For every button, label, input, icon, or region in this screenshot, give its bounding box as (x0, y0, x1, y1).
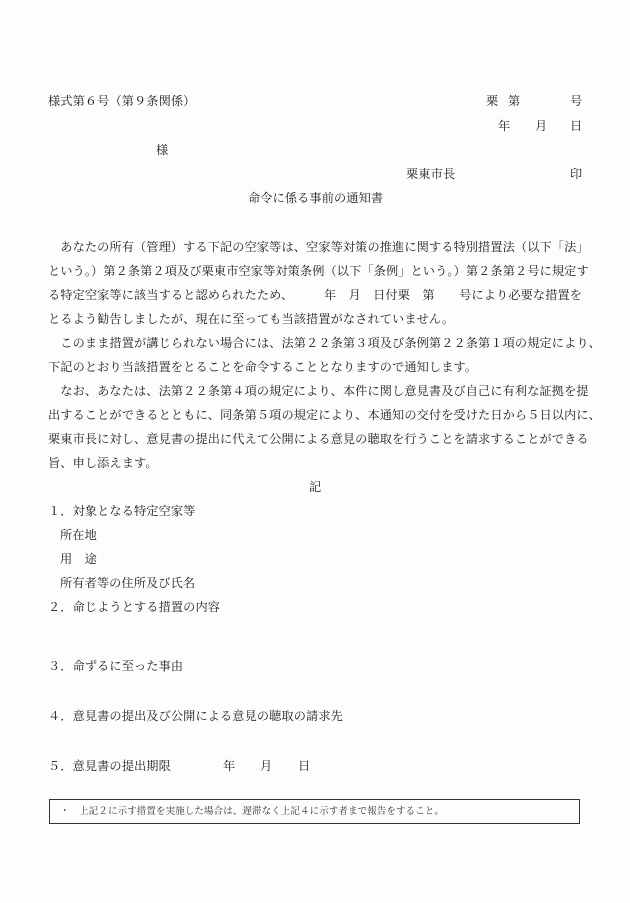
body-line: なお、あなたは、法第２２条第４項の規定により、本件に関し意見書及び自己に有利な証… (48, 383, 589, 399)
doc-number-go: 号 (570, 93, 582, 109)
item-2: ２．命じようとする措置の内容 (48, 599, 220, 615)
item-1-location: 所在地 (60, 527, 97, 543)
doc-number-prefix: 栗 (486, 93, 498, 109)
item-5: ５．意見書の提出期限 (48, 758, 171, 774)
body-line: 下記のとおり当該措置をとることを命令することとなりますので通知します。 (48, 359, 477, 375)
deadline-month: 月 (260, 758, 272, 774)
item-1-owner: 所有者等の住所及び氏名 (60, 575, 195, 591)
date-day: 日 (570, 118, 582, 134)
body-line: 出することができるとともに、同条第５項の規定により、本通知の交付を受けた日から５… (48, 407, 601, 423)
doc-number-dai: 第 (508, 93, 520, 109)
body-line: とるよう勧告しましたが、現在に至っても当該措置がなされていません。 (48, 311, 454, 327)
item-4: ４．意見書の提出及び公開による意見の聴取の請求先 (48, 708, 343, 724)
body-line: る特定空家等に該当すると認められたため、 年 月 日付栗 第 号により必要な措置… (48, 287, 582, 303)
addressee-suffix: 様 (156, 142, 168, 158)
deadline-year: 年 (223, 758, 235, 774)
body-line: 旨、申し添えます。 (48, 455, 158, 471)
date-month: 月 (535, 118, 547, 134)
ki-heading: 記 (309, 479, 321, 495)
item-1: １．対象となる特定空家等 (48, 503, 195, 519)
body-line: 栗東市長に対し、意見書の提出に代えて公開による意見の聴取を行うことを請求すること… (48, 431, 589, 447)
deadline-day: 日 (298, 758, 310, 774)
date-year: 年 (498, 118, 510, 134)
body-line: という。）第２条第２項及び栗東市空家等対策条例（以下「条例」という。）第２条第２… (48, 263, 589, 279)
item-3: ３．命ずるに至った事由 (48, 658, 183, 674)
item-1-usage: 用 途 (60, 551, 97, 567)
form-label: 様式第６号（第９条関係） (48, 93, 195, 109)
note-text: ・ 上記２に示す措置を実施した場合は、遅滞なく上記４に示す者まで報告をすること。 (60, 804, 444, 820)
note-box: ・ 上記２に示す措置を実施した場合は、遅滞なく上記４に示す者まで報告をすること。 (49, 799, 580, 824)
body-line: このまま措置が講じられない場合には、法第２２条第３項及び条例第２２条第１項の規定… (48, 335, 601, 351)
document-title: 命令に係る事前の通知書 (248, 190, 383, 206)
body-line: あなたの所有（管理）する下記の空家等は、空家等対策の推進に関する特別措置法（以下… (48, 239, 589, 255)
issuer-name: 栗東市長 (406, 166, 455, 182)
issuer-seal: 印 (570, 166, 582, 182)
